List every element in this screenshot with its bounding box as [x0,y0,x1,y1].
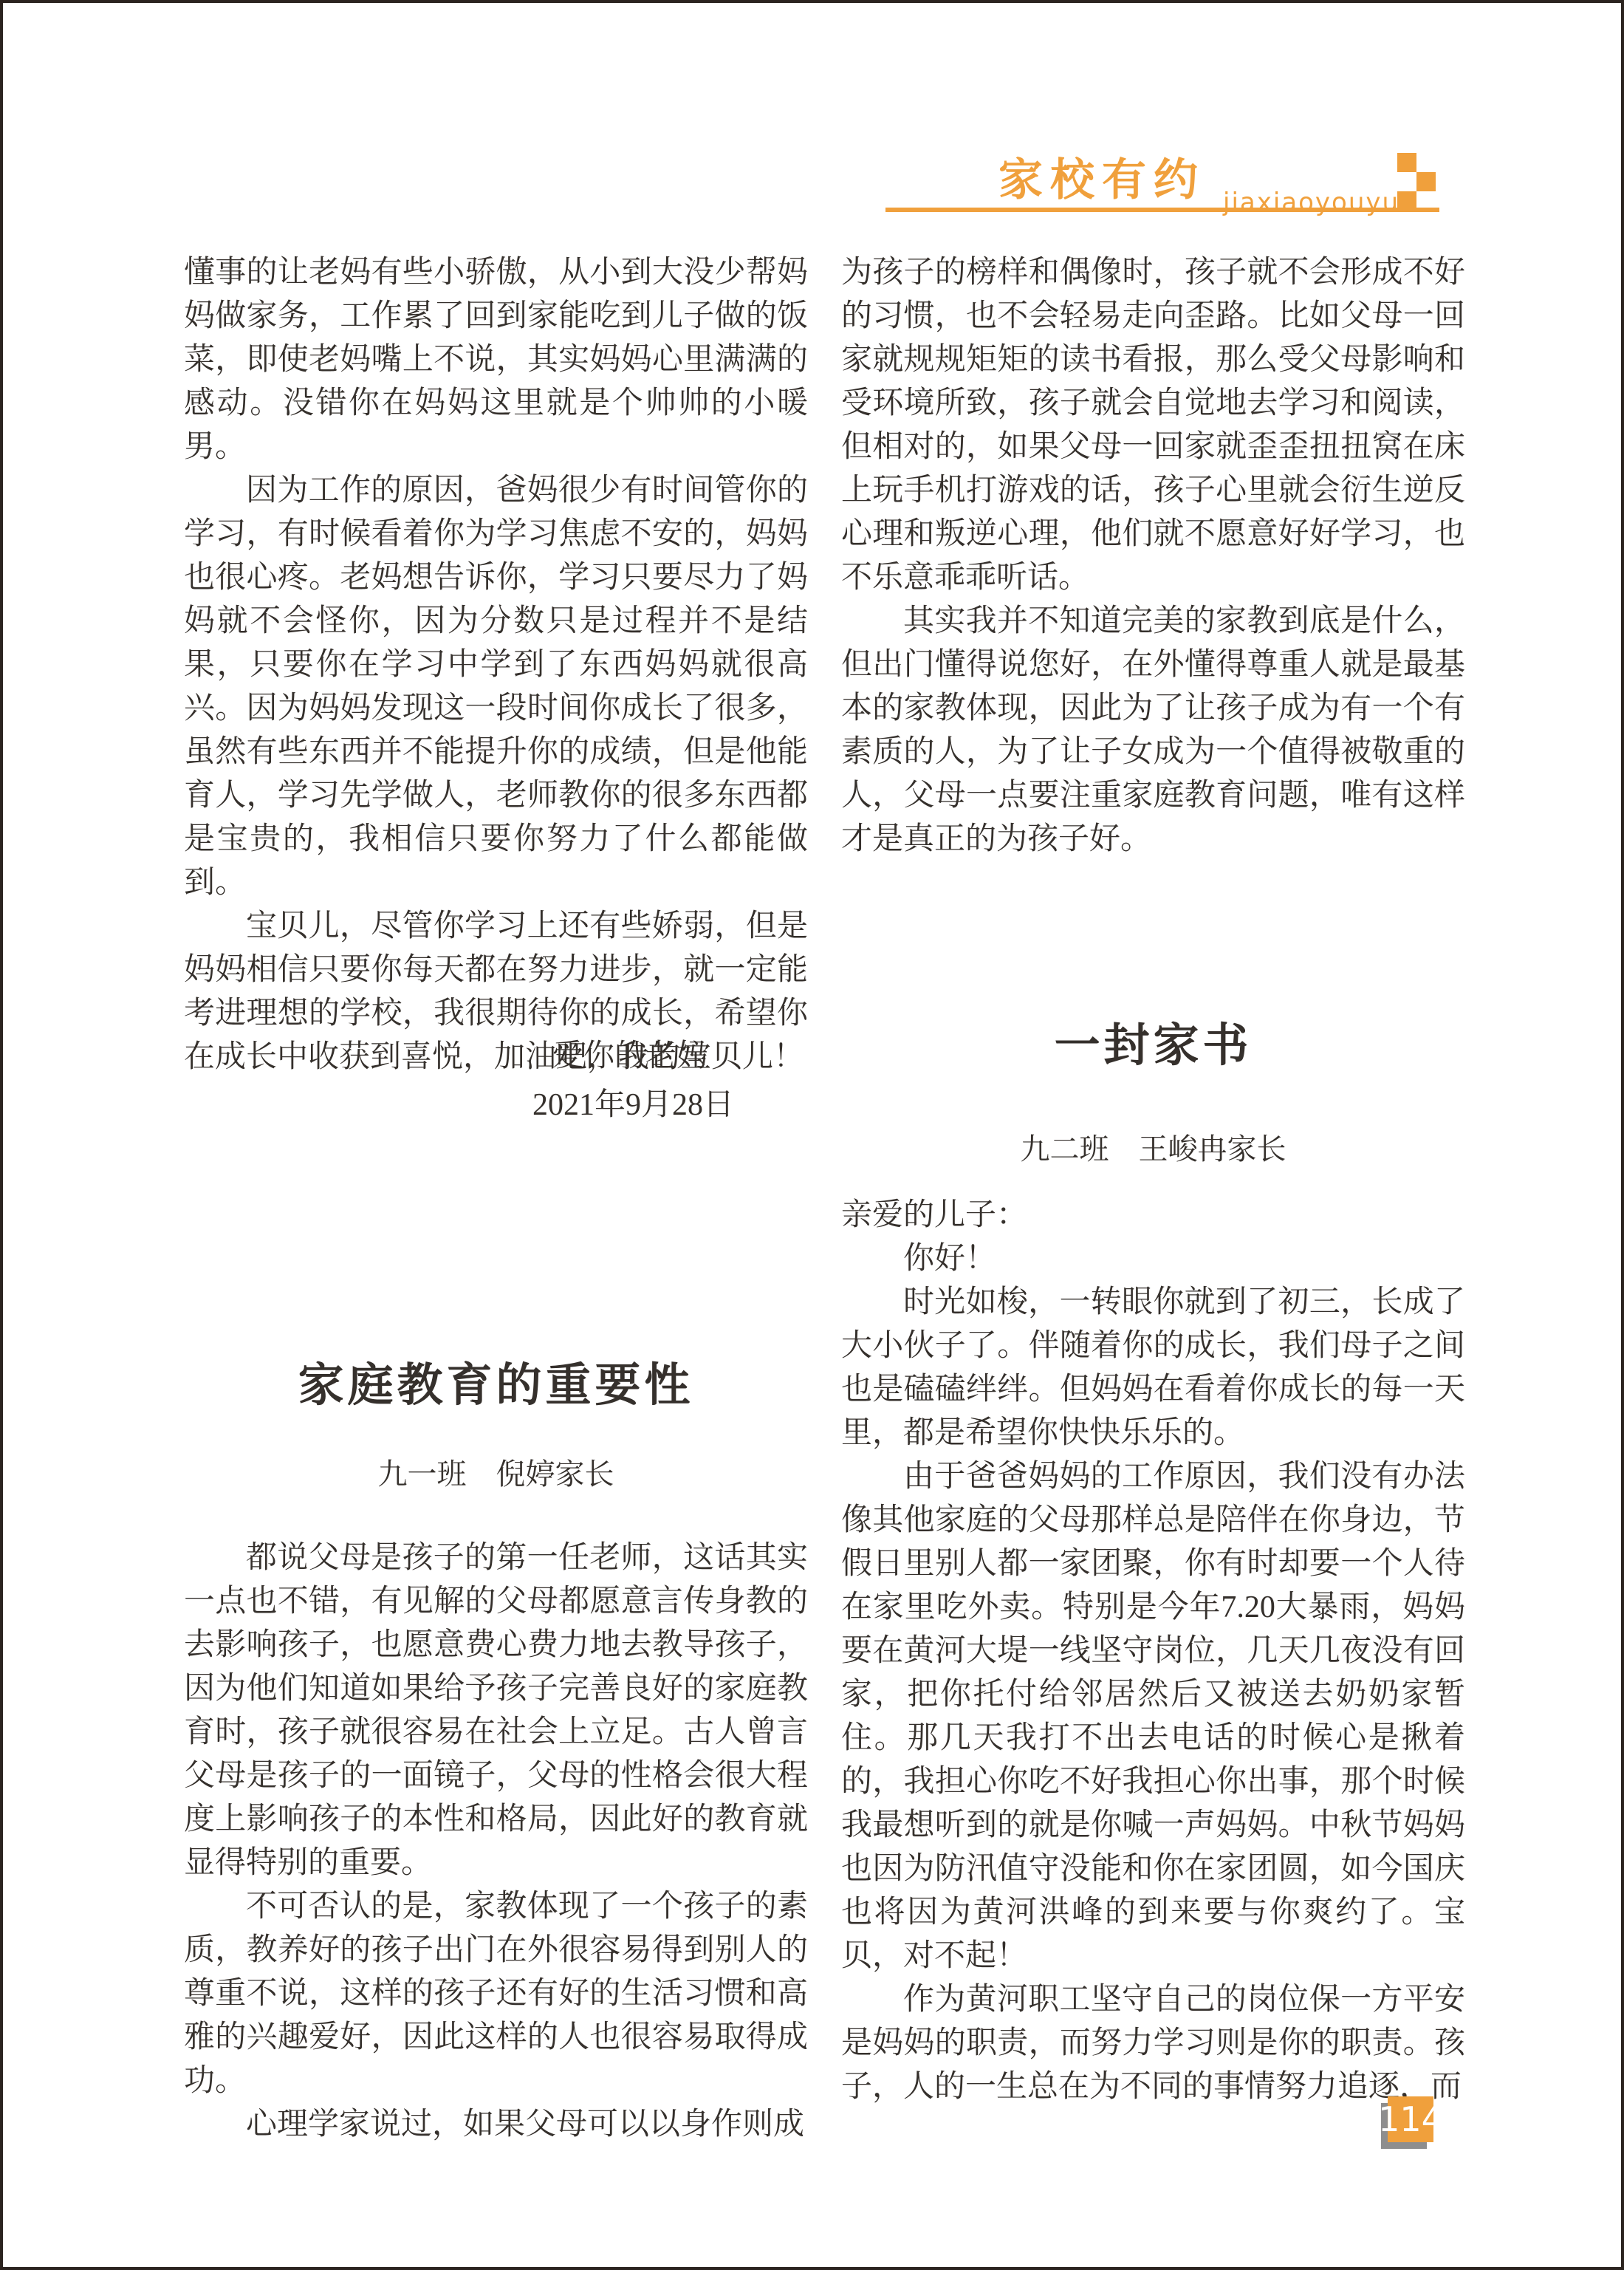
signature-date: 2021年9月28日 [532,1088,734,1122]
signature-name: 爱你的老妈 [184,1032,707,1081]
paragraph: 不可否认的是，家教体现了一个孩子的素质，教养好的孩子出门在外很容易得到别人的尊重… [184,1885,808,2103]
letter-signature-block: 爱你的老妈 2021年9月28日 [184,1032,808,1129]
letter-byline: 九二班 王峻冉家长 [841,1132,1465,1167]
magazine-page: 家校有约 jiaxiaoyouyue 懂事的让老妈有些小骄傲，从小到大没少帮妈妈… [0,0,1624,2270]
letter-greeting: 你好！ [841,1237,1465,1281]
paragraph: 时光如梭，一转眼你就到了初三，长成了大小伙子了。伴随着你的成长，我们母子之间也是… [841,1281,1465,1455]
right-column-letter-body: 亲爱的儿子： 你好！ 时光如梭，一转眼你就到了初三，长成了大小伙子了。伴随着你的… [841,1194,1465,2109]
header-pixel-block-icon [1397,153,1416,172]
header-rule [885,208,1439,212]
article-byline: 九一班 倪婷家长 [184,1457,808,1492]
paragraph: 由于爸爸妈妈的工作原因，我们没有办法像其他家庭的父母那样总是陪伴在你身边，节假日… [841,1455,1465,1978]
header-pixel-block-icon [1397,191,1416,211]
article-title: 家庭教育的重要性 [184,1359,808,1412]
right-column-article-continuation: 为孩子的榜样和偶像时，孩子就不会形成不好的习惯，也不会轻易走向歪路。比如父母一回… [841,251,1465,861]
paragraph: 心理学家说过，如果父母可以以身作则成 [184,2103,808,2147]
column-header-title: 家校有约 [998,157,1205,204]
paragraph: 懂事的让老妈有些小骄傲，从小到大没少帮妈妈做家务，工作累了回到家能吃到儿子做的饭… [184,251,808,469]
left-column-article-body: 都说父母是孩子的第一任老师，这话其实一点也不错，有见解的父母都愿意言传身教的去影… [184,1536,808,2147]
left-column-letter-end: 懂事的让老妈有些小骄傲，从小到大没少帮妈妈做家务，工作累了回到家能吃到儿子做的饭… [184,251,808,1079]
paragraph: 都说父母是孩子的第一任老师，这话其实一点也不错，有见解的父母都愿意言传身教的去影… [184,1536,808,1885]
letter-salutation: 亲爱的儿子： [841,1194,1465,1237]
paragraph: 为孩子的榜样和偶像时，孩子就不会形成不好的习惯，也不会轻易走向歪路。比如父母一回… [841,251,1465,600]
paragraph: 因为工作的原因，爸妈很少有时间管你的学习，有时候看着你为学习焦虑不安的，妈妈也很… [184,469,808,905]
paragraph: 其实我并不知道完美的家教到底是什么，但出门懂得说您好，在外懂得尊重人就是最基本的… [841,600,1465,861]
paragraph: 作为黄河职工坚守自己的岗位保一方平安是妈妈的职责，而努力学习则是你的职责。孩子，… [841,1978,1465,2109]
header-pixel-block-icon [1416,172,1436,191]
letter-title: 一封家书 [841,1019,1465,1073]
page-number: 114 [1378,2102,1443,2136]
page-number-badge: 114 [1388,2096,1433,2142]
